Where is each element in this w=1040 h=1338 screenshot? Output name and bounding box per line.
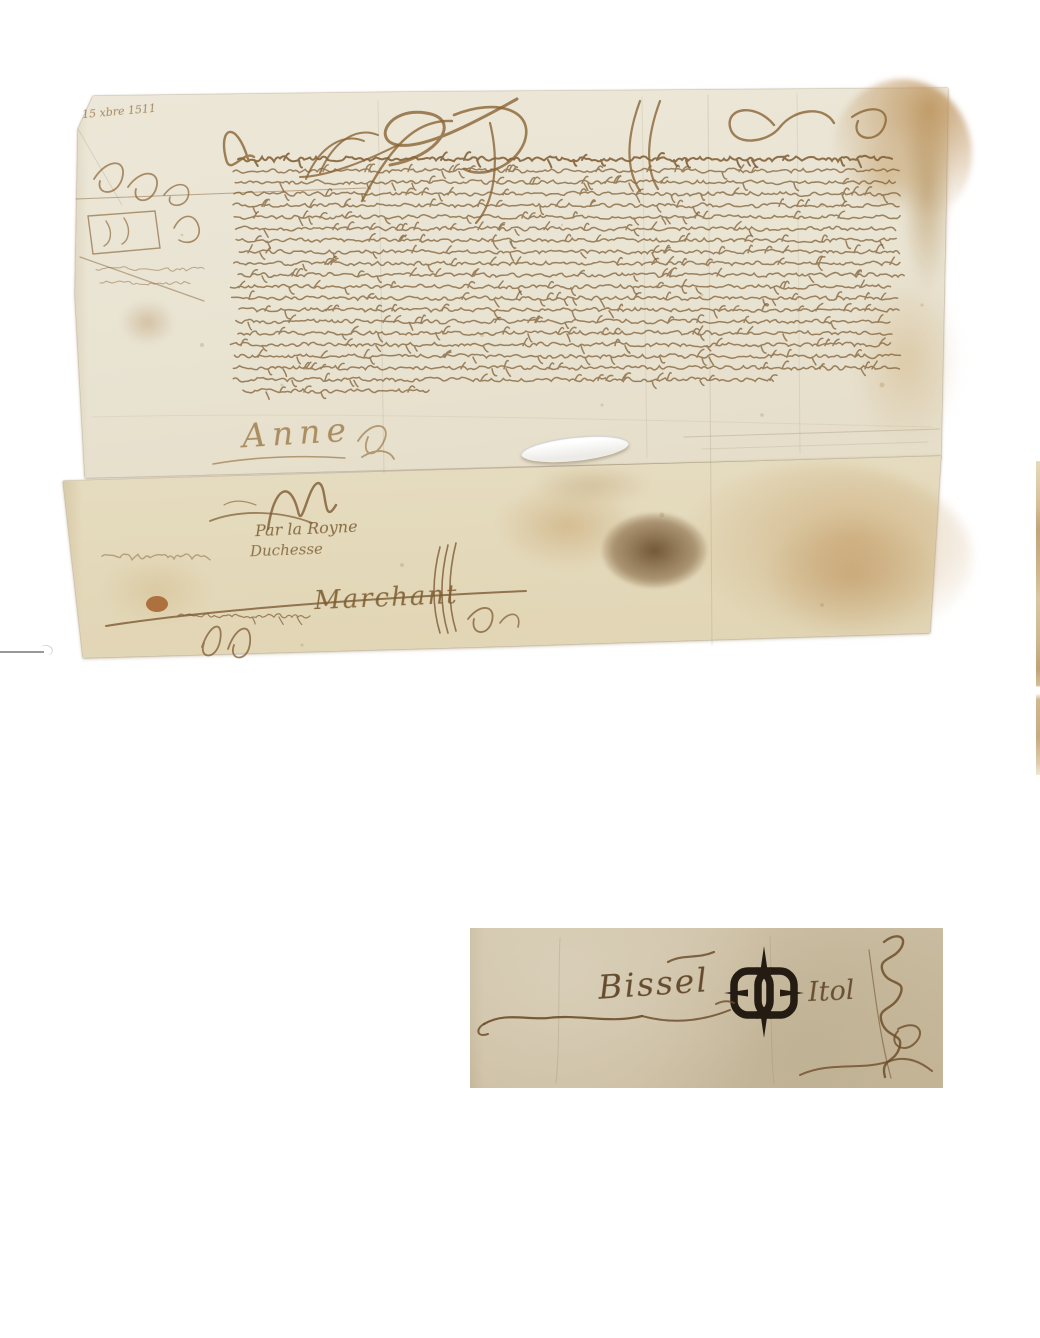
catalog-page: 15 xbre 1511 Anne Par la Royne Duchesse … [0, 0, 1040, 1338]
left-crop-mark-curl [39, 644, 54, 657]
notarial-knot-icon [724, 946, 804, 1038]
signature-detail-photo: Bissel Itol [470, 928, 943, 1088]
detail-flourish-layer [470, 928, 943, 1088]
parchment-letter-photo: 15 xbre 1511 Anne Par la Royne Duchesse … [62, 85, 962, 677]
left-crop-mark [0, 651, 44, 653]
handwriting-layer [62, 85, 962, 677]
adjacent-page-edge-sliver [1036, 461, 1040, 775]
